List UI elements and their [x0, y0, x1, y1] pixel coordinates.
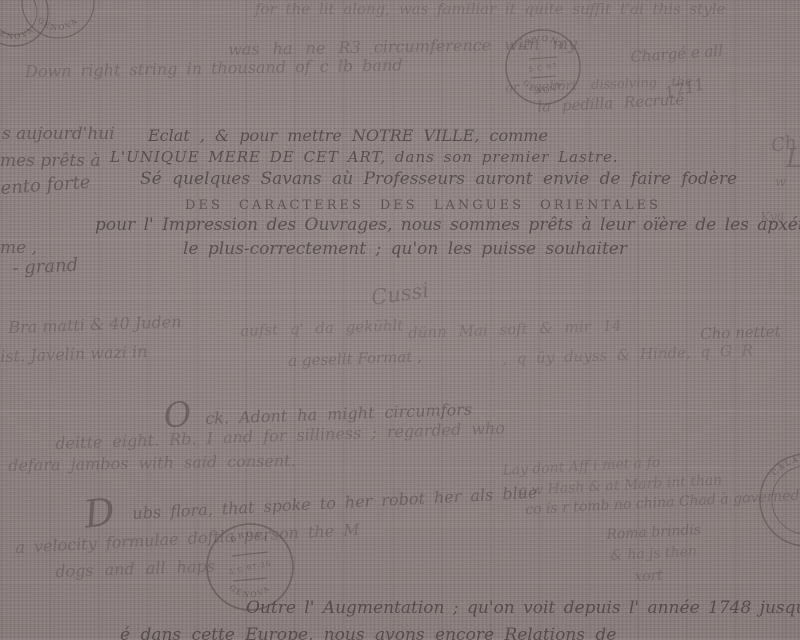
postmark-stamps-layer: GENOVA GENOVA SAVONA GENOVA 5 C 97 BRUXA…: [0, 0, 800, 640]
svg-text:SAVONA: SAVONA: [518, 34, 568, 52]
postmark-stamp: BRUXA GENOVA 3 C 97-26: [207, 524, 293, 610]
postmark-stamp: CALAIS: [760, 454, 800, 546]
svg-text:BRUXA: BRUXA: [229, 530, 272, 544]
svg-text:GENOVA: GENOVA: [521, 78, 565, 95]
wallpaper-photo: for the lit along, was familiar it quite…: [0, 0, 800, 640]
svg-text:GENOVA: GENOVA: [228, 583, 273, 599]
postmark-stamp: SAVONA GENOVA 5 C 97: [506, 30, 580, 104]
svg-text:3 C 97-26: 3 C 97-26: [228, 560, 272, 577]
svg-text:GENOVA: GENOVA: [0, 24, 36, 41]
svg-text:5 C 97: 5 C 97: [528, 62, 558, 74]
